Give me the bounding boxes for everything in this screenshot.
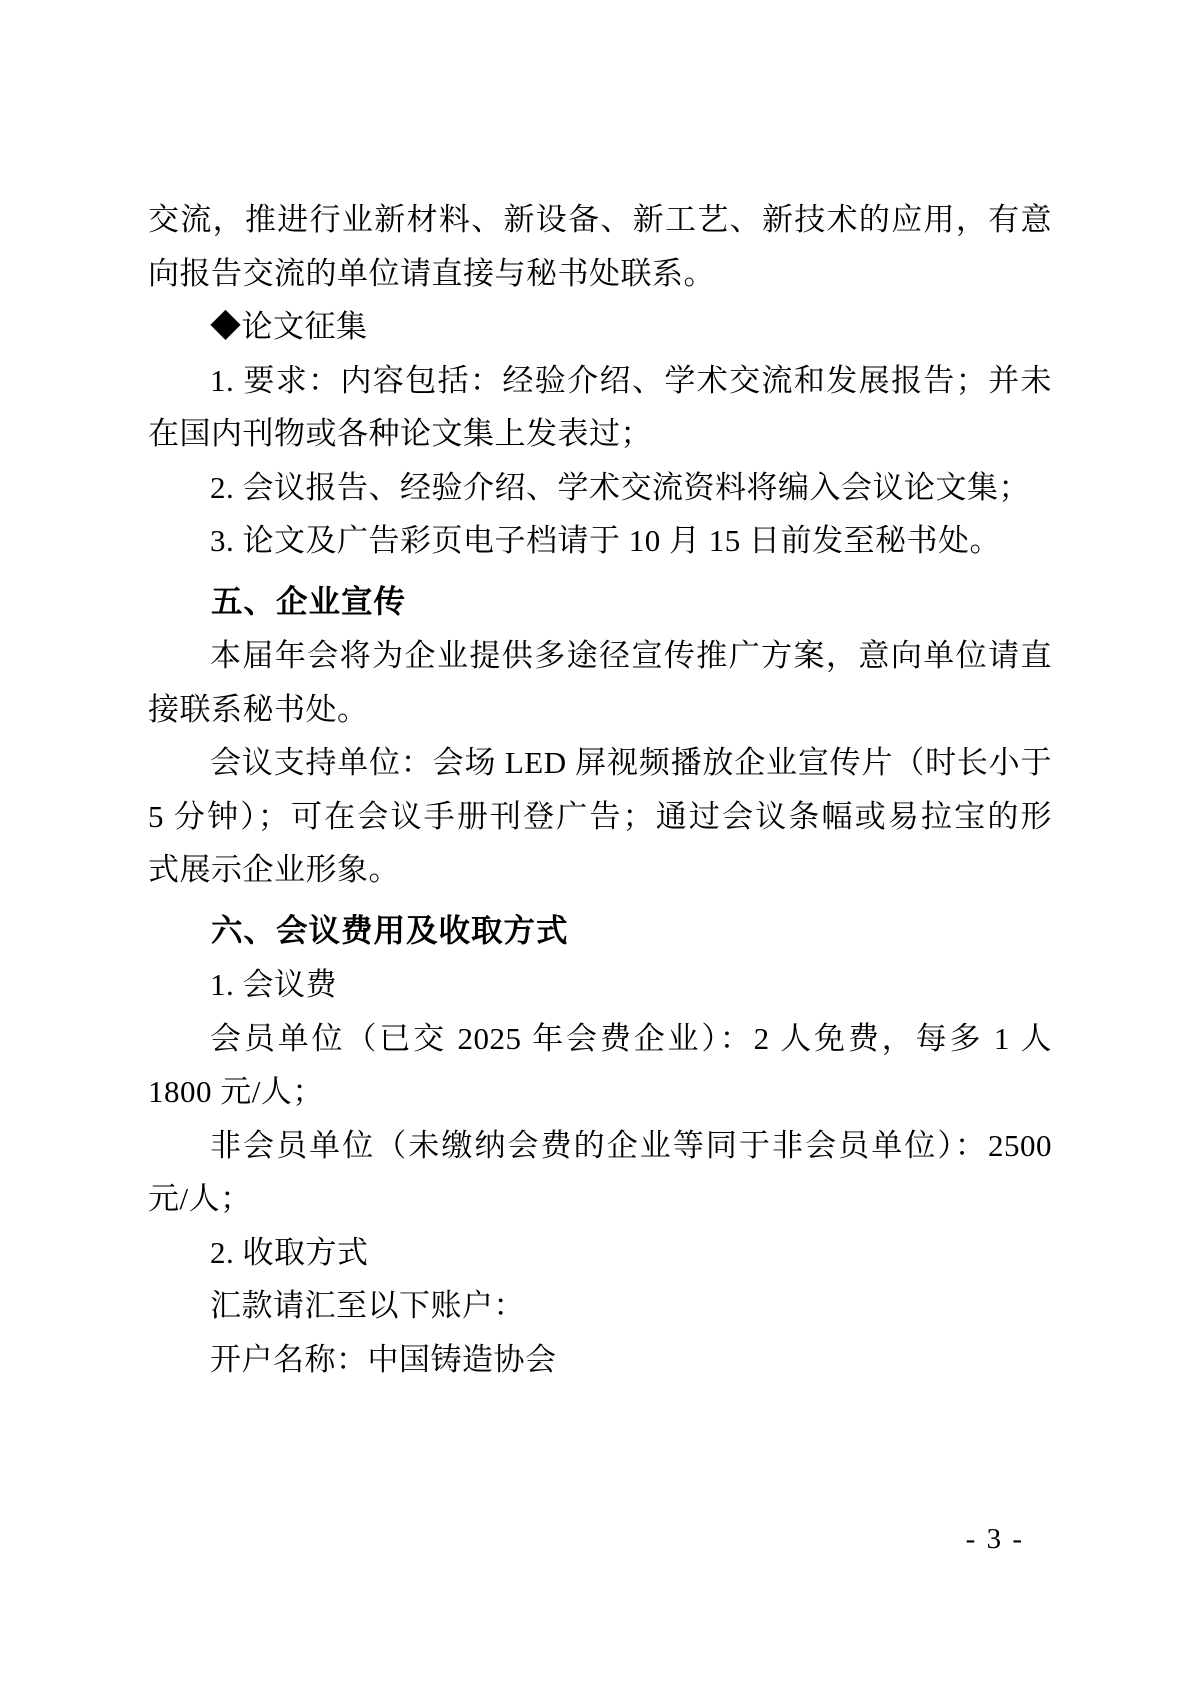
section-heading-5: 五、企业宣传 — [148, 575, 1052, 629]
paragraph-fee-item-label: 1. 会议费 — [148, 958, 1052, 1012]
paragraph-promotion-1: 本届年会将为企业提供多途径宣传推广方案，意向单位请直 接联系秘书处。 — [148, 629, 1052, 736]
paragraph-line: 1. 要求：内容包括：经验介绍、学术交流和发展报告；并未 — [148, 354, 1052, 408]
paragraph-line: 本届年会将为企业提供多途径宣传推广方案，意向单位请直 — [148, 629, 1052, 683]
paragraph-paper-requirement-1: 1. 要求：内容包括：经验介绍、学术交流和发展报告；并未 在国内刊物或各种论文集… — [148, 354, 1052, 461]
paragraph-line: 会议支持单位：会场 LED 屏视频播放企业宣传片（时长小于 — [148, 736, 1052, 790]
paragraph-line: 3. 论文及广告彩页电子档请于 10 月 15 日前发至秘书处。 — [148, 514, 1052, 568]
paragraph-line: 非会员单位（未缴纳会费的企业等同于非会员单位）：2500 — [148, 1119, 1052, 1173]
paragraph-fee-nonmember: 非会员单位（未缴纳会费的企业等同于非会员单位）：2500 元/人； — [148, 1119, 1052, 1226]
paragraph-line: 汇款请汇至以下账户： — [148, 1279, 1052, 1333]
paragraph-continuation: 交流，推进行业新材料、新设备、新工艺、新技术的应用，有意 向报告交流的单位请直接… — [148, 193, 1052, 300]
paragraph-line: 2. 收取方式 — [148, 1226, 1052, 1280]
paragraph-remittance-note: 汇款请汇至以下账户： — [148, 1279, 1052, 1333]
section-heading-6: 六、会议费用及收取方式 — [148, 904, 1052, 958]
page-number: - 3 - — [966, 1522, 1024, 1556]
paragraph-line: 5 分钟）；可在会议手册刊登广告；通过会议条幅或易拉宝的形 — [148, 790, 1052, 844]
paragraph-paper-requirement-3: 3. 论文及广告彩页电子档请于 10 月 15 日前发至秘书处。 — [148, 514, 1052, 568]
paragraph-line: 式展示企业形象。 — [148, 843, 1052, 897]
paragraph-paper-solicitation-label: ◆论文征集 — [148, 300, 1052, 354]
paragraph-line: 会员单位（已交 2025 年会费企业）：2 人免费，每多 1 人 — [148, 1012, 1052, 1066]
document-page: 交流，推进行业新材料、新设备、新工艺、新技术的应用，有意 向报告交流的单位请直接… — [0, 0, 1200, 1697]
paragraph-account-name: 开户名称：中国铸造协会 — [148, 1333, 1052, 1387]
paragraph-line: 在国内刊物或各种论文集上发表过； — [148, 407, 1052, 461]
paragraph-line: 2. 会议报告、经验介绍、学术交流资料将编入会议论文集； — [148, 461, 1052, 515]
paragraph-line: 元/人； — [148, 1172, 1052, 1226]
paragraph-fee-member: 会员单位（已交 2025 年会费企业）：2 人免费，每多 1 人 1800 元/… — [148, 1012, 1052, 1119]
paragraph-line: 接联系秘书处。 — [148, 683, 1052, 737]
paragraph-line: 开户名称：中国铸造协会 — [148, 1333, 1052, 1387]
paragraph-promotion-2: 会议支持单位：会场 LED 屏视频播放企业宣传片（时长小于 5 分钟）；可在会议… — [148, 736, 1052, 897]
paragraph-line: 交流，推进行业新材料、新设备、新工艺、新技术的应用，有意 — [148, 193, 1052, 247]
section-heading-text: 六、会议费用及收取方式 — [148, 904, 1052, 958]
paragraph-line: 向报告交流的单位请直接与秘书处联系。 — [148, 247, 1052, 301]
document-body: 交流，推进行业新材料、新设备、新工艺、新技术的应用，有意 向报告交流的单位请直接… — [148, 193, 1052, 1386]
paragraph-paper-requirement-2: 2. 会议报告、经验介绍、学术交流资料将编入会议论文集； — [148, 461, 1052, 515]
section-heading-text: 五、企业宣传 — [148, 575, 1052, 629]
paragraph-line: 1800 元/人； — [148, 1065, 1052, 1119]
paragraph-line: ◆论文征集 — [148, 300, 1052, 354]
paragraph-payment-method-label: 2. 收取方式 — [148, 1226, 1052, 1280]
paragraph-line: 1. 会议费 — [148, 958, 1052, 1012]
